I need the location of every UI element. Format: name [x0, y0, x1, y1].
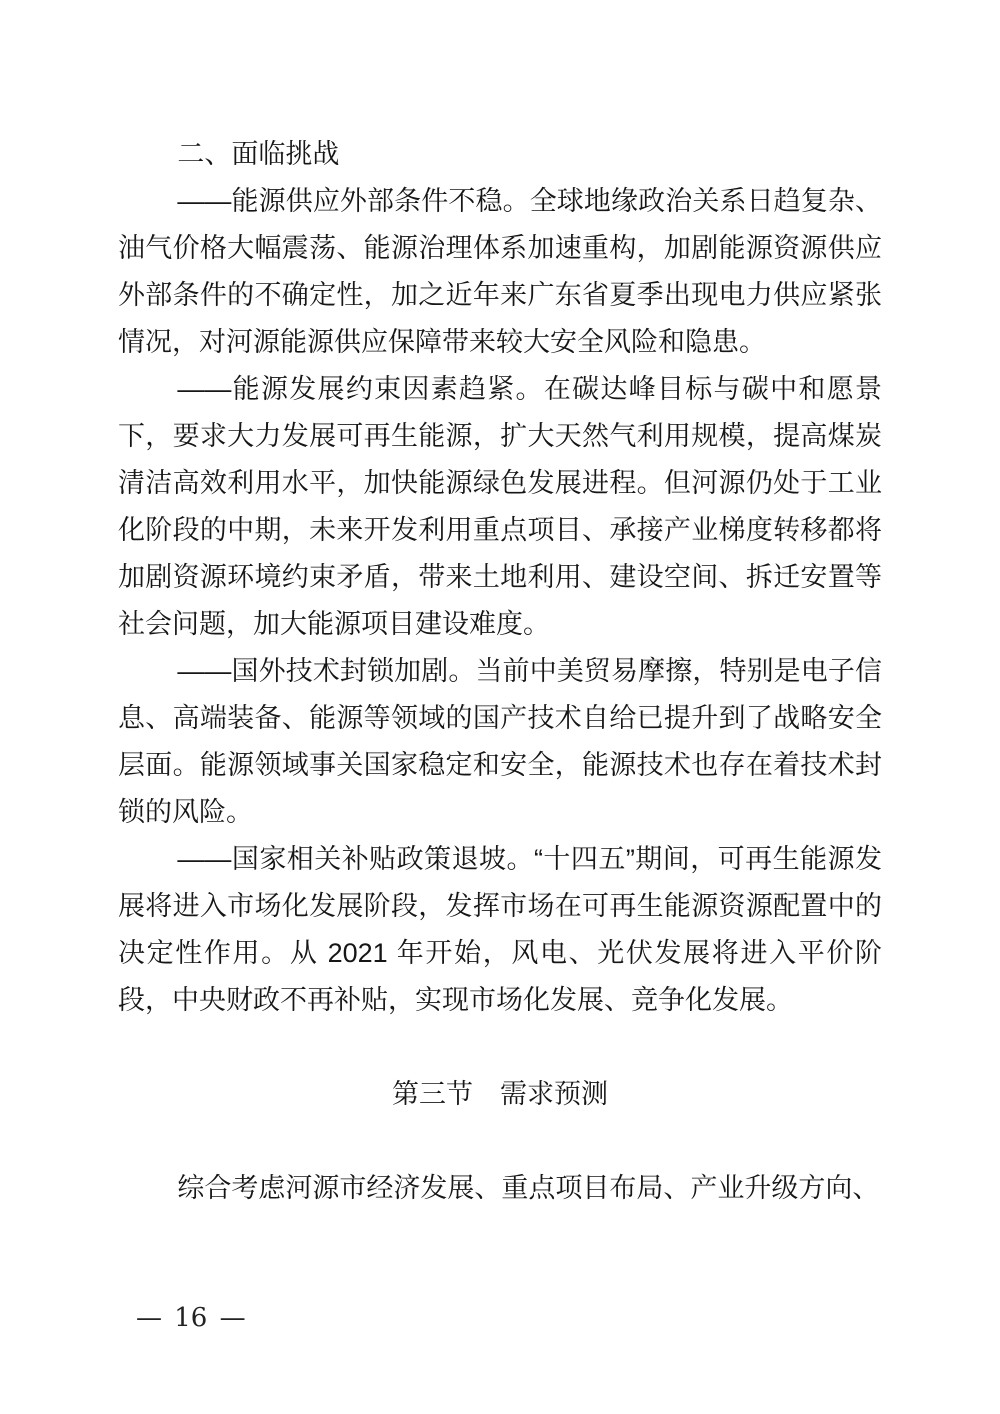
document-page: 二、面临挑战 ——能源供应外部条件不稳。全球地缘政治关系日趋复杂、油气价格大幅震…	[0, 0, 1000, 1414]
paragraph-technology-blockade: ——国外技术封锁加剧。当前中美贸易摩擦，特别是电子信息、高端装备、能源等领域的国…	[118, 648, 882, 836]
section-heading: 第三节 需求预测	[118, 1071, 882, 1118]
document-body: 二、面临挑战 ——能源供应外部条件不稳。全球地缘政治关系日趋复杂、油气价格大幅震…	[118, 131, 882, 1212]
paragraph-demand-forecast-intro: 综合考虑河源市经济发展、重点项目布局、产业升级方向、	[118, 1165, 882, 1212]
paragraph-development-constraints: ——能源发展约束因素趋紧。在碳达峰目标与碳中和愿景下，要求大力发展可再生能源，扩…	[118, 366, 882, 648]
paragraph-energy-supply: ——能源供应外部条件不稳。全球地缘政治关系日趋复杂、油气价格大幅震荡、能源治理体…	[118, 178, 882, 366]
page-number: — 16 —	[136, 1303, 246, 1333]
paragraph-subsidy-policy: ——国家相关补贴政策退坡。“十四五”期间，可再生能源发展将进入市场化发展阶段，发…	[118, 836, 882, 1024]
subsection-heading: 二、面临挑战	[118, 131, 882, 178]
